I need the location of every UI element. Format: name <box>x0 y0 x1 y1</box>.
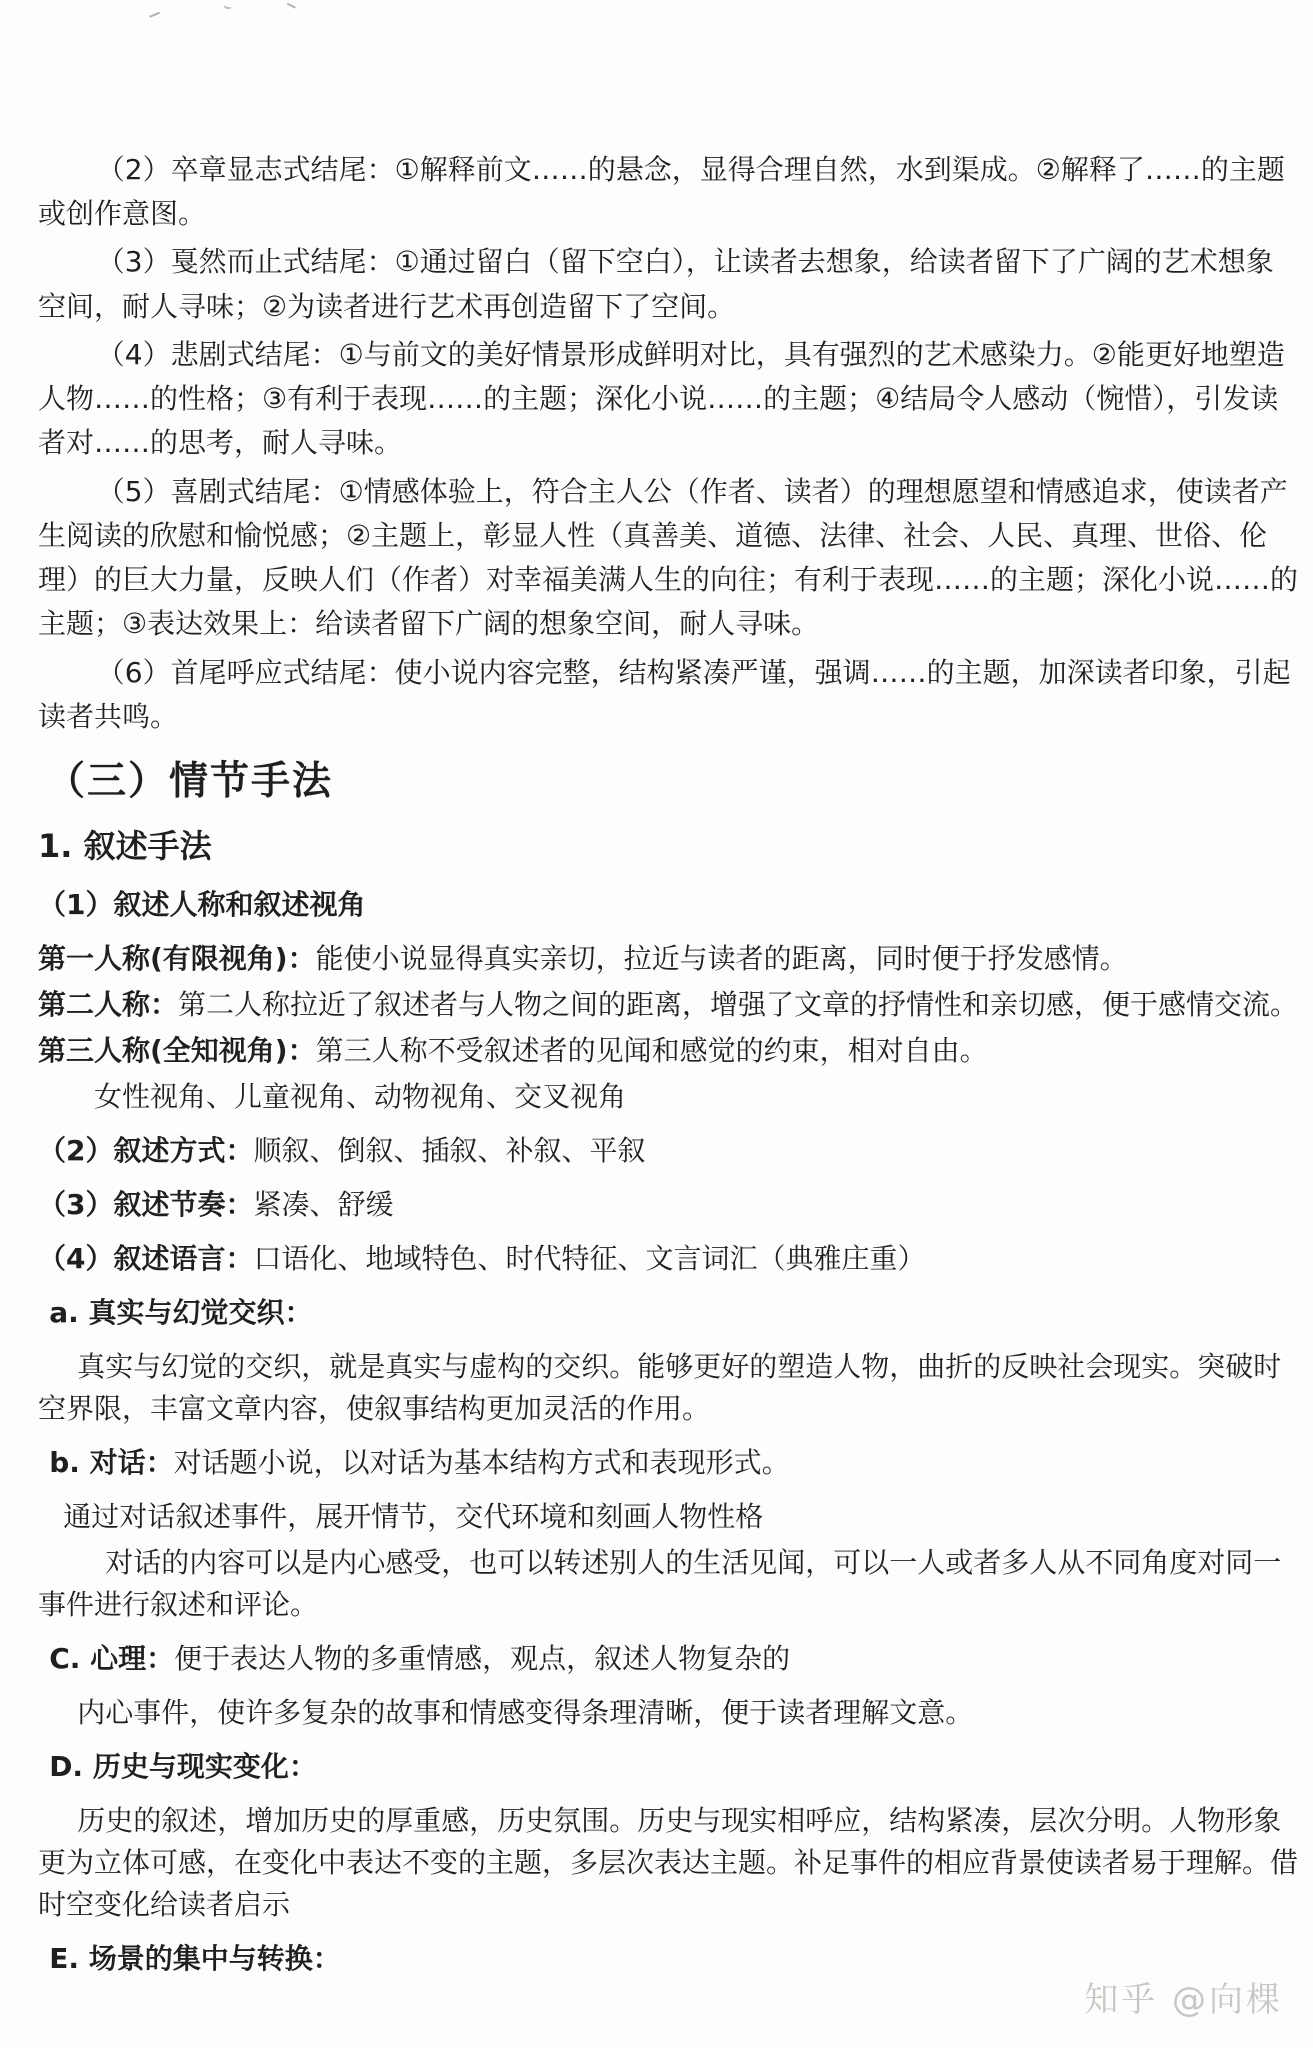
para-b-dialogue-title: b. 对话：对话题小说，以对话为基本结构方式和表现形式。 <box>38 1442 1301 1484</box>
para-d-history-body: 历史的叙述，增加历史的厚重感，历史氛围。历史与现实相呼应，结构紧凑，层次分明。人… <box>38 1800 1301 1926</box>
para-text: 能使小说显得真实亲切，拉近与读者的距离，同时便于抒发感情。 <box>316 942 1128 975</box>
para-narration-rhythm: （3）叙述节奏：紧凑、舒缓 <box>38 1184 1301 1226</box>
para-a-reality-illusion-title: a. 真实与幻觉交织： <box>38 1292 1301 1334</box>
para-text: （2）卒章显志式结尾：①解释前文……的悬念，显得合理自然，水到渠成。②解释了……… <box>38 153 1285 230</box>
para-text: 通过对话叙述事件，展开情节，交代环境和刻画人物性格 <box>63 1500 763 1533</box>
para-c-psychology-title: C. 心理：便于表达人物的多重情感，观点，叙述人物复杂的 <box>38 1638 1301 1680</box>
ending-types-section: （2）卒章显志式结尾：①解释前文……的悬念，显得合理自然，水到渠成。②解释了……… <box>38 148 1301 739</box>
para-ending-shouweihuying: （6）首尾呼应式结尾：使小说内容完整，结构紧凑严谨，强调……的主题，加深读者印象… <box>38 651 1301 739</box>
section-heading-plot-technique: （三）情节手法 <box>46 753 1301 812</box>
para-text: 顺叙、倒叙、插叙、补叙、平叙 <box>253 1134 645 1167</box>
para-label: C. 心理： <box>49 1642 174 1675</box>
para-ending-jiaranerzhi: （3）戛然而止式结尾：①通过留白（留下空白），让读者去想象，给读者留下了广阔的艺… <box>38 240 1301 328</box>
para-ending-beiju: （4）悲剧式结尾：①与前文的美好情景形成鲜明对比，具有强烈的艺术感染力。②能更好… <box>38 333 1301 466</box>
para-text: （6）首尾呼应式结尾：使小说内容完整，结构紧凑严谨，强调……的主题，加深读者印象… <box>38 656 1291 733</box>
para-third-person: 第三人称(全知视角)：第三人称不受叙述者的见闻和感觉的约束，相对自由。 <box>38 1030 1301 1072</box>
para-narration-language: （4）叙述语言：口语化、地域特色、时代特征、文言词汇（典雅庄重） <box>38 1238 1301 1280</box>
para-text: 真实与幻觉的交织，就是真实与虚构的交织。能够更好的塑造人物，曲折的反映社会现实。… <box>38 1350 1281 1425</box>
para-ending-xiju: （5）喜剧式结尾：①情感体验上，符合主人公（作者、读者）的理想愿望和情感追求，使… <box>38 470 1301 647</box>
para-text: （5）喜剧式结尾：①情感体验上，符合主人公（作者、读者）的理想愿望和情感追求，使… <box>38 475 1298 641</box>
para-ending-cuzhangxianzhi: （2）卒章显志式结尾：①解释前文……的悬念，显得合理自然，水到渠成。②解释了……… <box>38 148 1301 236</box>
para-text: 第二人称拉近了叙述者与人物之间的距离，增强了文章的抒情性和亲切感，便于感情交流。 <box>178 988 1298 1021</box>
para-text: 第三人称不受叙述者的见闻和感觉的约束，相对自由。 <box>316 1034 988 1067</box>
para-first-person: 第一人称(有限视角)：能使小说显得真实亲切，拉近与读者的距离，同时便于抒发感情。 <box>38 938 1301 980</box>
para-text: 口语化、地域特色、时代特征、文言词汇（典雅庄重） <box>253 1242 925 1275</box>
para-narration-mode: （2）叙述方式：顺叙、倒叙、插叙、补叙、平叙 <box>38 1130 1301 1172</box>
para-label: E. 场景的集中与转换： <box>49 1942 341 1975</box>
para-text: 历史的叙述，增加历史的厚重感，历史氛围。历史与现实相呼应，结构紧凑，层次分明。人… <box>38 1804 1298 1921</box>
para-label: D. 历史与现实变化： <box>49 1750 317 1783</box>
document-body: （2）卒章显志式结尾：①解释前文……的悬念，显得合理自然，水到渠成。②解释了……… <box>0 0 1313 1980</box>
para-text: 便于表达人物的多重情感，观点，叙述人物复杂的 <box>174 1642 790 1675</box>
para-label: b. 对话： <box>49 1446 173 1479</box>
zhihu-watermark: 知乎 @向棵 <box>1084 1972 1283 2021</box>
para-text: 对话的内容可以是内心感受，也可以转述别人的生活见闻，可以一人或者多人从不同角度对… <box>38 1546 1281 1621</box>
para-perspective-list: 女性视角、儿童视角、动物视角、交叉视角 <box>38 1076 1301 1118</box>
para-a-reality-illusion-body: 真实与幻觉的交织，就是真实与虚构的交织。能够更好的塑造人物，曲折的反映社会现实。… <box>38 1346 1301 1430</box>
para-text: 对话题小说，以对话为基本结构方式和表现形式。 <box>174 1446 790 1479</box>
para-d-history-title: D. 历史与现实变化： <box>38 1746 1301 1788</box>
para-c-psychology-body: 内心事件，使许多复杂的故事和情感变得条理清晰，便于读者理解文意。 <box>38 1692 1301 1734</box>
para-b-dialogue-body2: 对话的内容可以是内心感受，也可以转述别人的生活见闻，可以一人或者多人从不同角度对… <box>38 1542 1301 1626</box>
scanned-notes-page: （2）卒章显志式结尾：①解释前文……的悬念，显得合理自然，水到渠成。②解释了……… <box>0 0 1313 2048</box>
para-b-dialogue-body1: 通过对话叙述事件，展开情节，交代环境和刻画人物性格 <box>38 1496 1301 1538</box>
para-label: 第一人称(有限视角)： <box>38 942 316 975</box>
para-text: （4）悲剧式结尾：①与前文的美好情景形成鲜明对比，具有强烈的艺术感染力。②能更好… <box>38 338 1285 459</box>
para-label: 第三人称(全知视角)： <box>38 1034 316 1067</box>
para-label: a. 真实与幻觉交织： <box>49 1296 312 1329</box>
para-second-person: 第二人称：第二人称拉近了叙述者与人物之间的距离，增强了文章的抒情性和亲切感，便于… <box>38 984 1301 1026</box>
para-label: 第二人称： <box>38 988 178 1021</box>
para-text: 紧凑、舒缓 <box>253 1188 393 1221</box>
para-text: 女性视角、儿童视角、动物视角、交叉视角 <box>94 1080 626 1113</box>
para-label: （4）叙述语言： <box>38 1242 253 1275</box>
para-text: 内心事件，使许多复杂的故事和情感变得条理清晰，便于读者理解文意。 <box>77 1696 973 1729</box>
para-text: （3）戛然而止式结尾：①通过留白（留下空白），让读者去想象，给读者留下了广阔的艺… <box>38 245 1274 322</box>
para-narration-person-title: （1）叙述人称和叙述视角 <box>38 884 1301 926</box>
para-label: （1）叙述人称和叙述视角 <box>38 888 365 921</box>
para-label: （2）叙述方式： <box>38 1134 253 1167</box>
subsection-heading-narration: 1. 叙述手法 <box>38 822 1301 870</box>
para-label: （3）叙述节奏： <box>38 1188 253 1221</box>
